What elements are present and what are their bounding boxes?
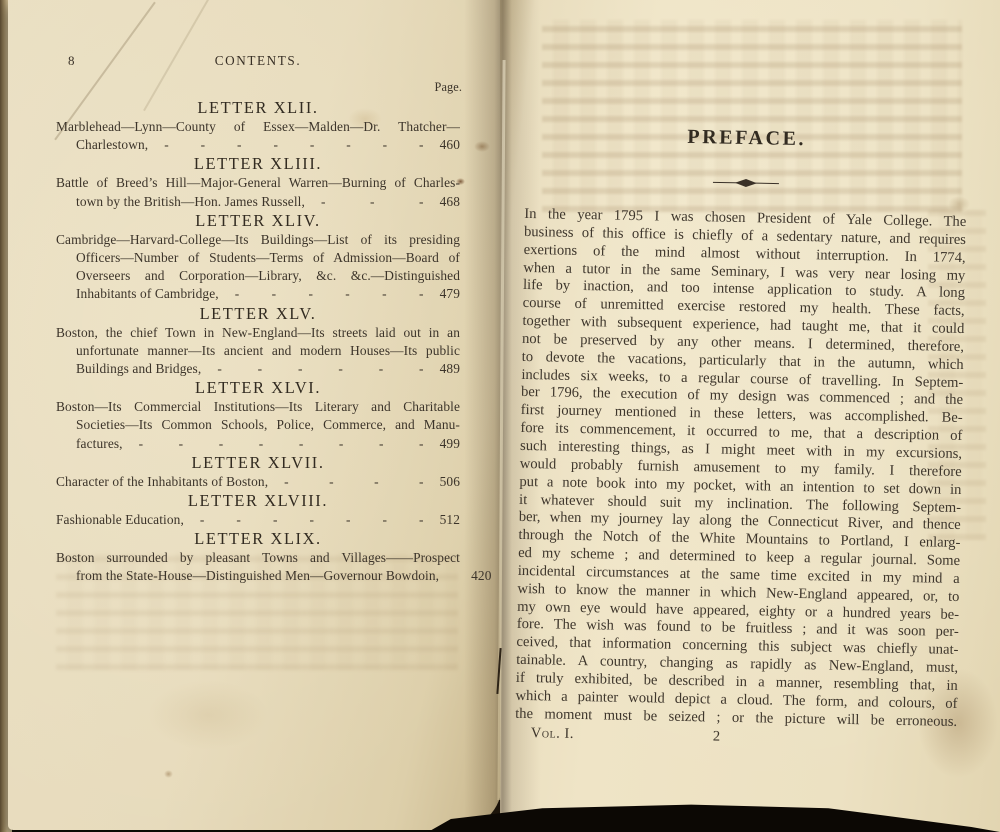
toc-line: Inhabitants of Cambridge, (76, 285, 219, 303)
toc-line: unfortunate manner—Its ancient and moder… (56, 342, 460, 360)
letter-heading: LETTER XLIII. (56, 154, 460, 174)
toc-entry-xlvii: LETTER XLVII. Character of the Inhabitan… (56, 453, 460, 491)
contents-block: 8 CONTENTS. Page. LETTER XLII. Marblehea… (56, 50, 460, 586)
letter-heading: LETTER XLII. (56, 98, 460, 118)
dash-leader: - - - - (268, 473, 439, 491)
page-number-value: 479 (440, 285, 460, 303)
dash-leader: - - - - - - (201, 360, 439, 378)
dash-leader: - - - - - - (219, 285, 440, 303)
page-number-value: 506 (440, 473, 460, 491)
letter-heading: LETTER XLV. (56, 304, 460, 324)
letter-heading: LETTER XLVI. (56, 378, 460, 398)
page-number-value: 420 (471, 567, 491, 585)
toc-last-line: from the State-House—Distinguished Men—G… (56, 567, 460, 585)
toc-last-line: factures, - - - - - - - - 499 (56, 435, 460, 453)
diamond-rule-icon (525, 172, 967, 192)
right-page: PREFACE. In the year 1795 I was chosen P… (500, 0, 1000, 832)
dash-leader: - - - (305, 193, 440, 211)
left-page: 8 CONTENTS. Page. LETTER XLII. Marblehea… (8, 0, 502, 830)
toc-line: Boston surrounded by pleasant Towns and … (56, 549, 460, 567)
toc-entry-xlvi: LETTER XLVI. Boston—Its Commercial Insti… (56, 378, 460, 453)
page-number-value: 468 (440, 193, 460, 211)
toc-line: factures, (76, 435, 123, 453)
stain (164, 770, 173, 778)
toc-last-line: town by the British—Hon. James Russell, … (56, 193, 460, 211)
dash-leader: - - - - - - - - (123, 435, 440, 453)
toc-entry-xlix: LETTER XLIX. Boston surrounded by pleasa… (56, 529, 460, 585)
page-number-value: 489 (440, 360, 460, 378)
toc-line: Boston, the chief Town in New-England—It… (56, 324, 460, 342)
toc-line: Officers—Number of Students—Terms of Adm… (56, 249, 460, 267)
book-scan: 8 CONTENTS. Page. LETTER XLII. Marblehea… (0, 0, 1000, 832)
toc-line: Boston—Its Commercial Institutions—Its L… (56, 398, 460, 416)
letter-heading: LETTER XLVII. (56, 453, 460, 473)
toc-line: Cambridge—Harvard-College—Its Buildings—… (56, 231, 460, 249)
toc-last-line: Inhabitants of Cambridge, - - - - - - 47… (56, 285, 460, 303)
toc-last-line: Character of the Inhabitants of Boston, … (56, 473, 460, 491)
page-column-label: Page. (56, 78, 462, 96)
toc-line: town by the British—Hon. James Russell, (76, 193, 305, 211)
toc-entry-xliv: LETTER XLIV. Cambridge—Harvard-College—I… (56, 211, 460, 304)
letter-heading: LETTER XLIX. (56, 529, 460, 549)
toc-line: Societies—Its Common Schools, Police, Co… (56, 416, 460, 434)
page-number-value: 460 (440, 136, 460, 154)
volume-label: Vol. I. (531, 726, 574, 744)
toc-line: Battle of Breed’s Hill—Major-General War… (56, 174, 460, 192)
toc-line: Marblehead—Lynn—County of Essex—Malden—D… (56, 118, 460, 136)
running-header: 8 CONTENTS. (56, 50, 460, 74)
toc-line: from the State-House—Distinguished Men—G… (76, 567, 439, 585)
toc-line: Buildings and Bridges, (76, 360, 201, 378)
dash-leader: - - - - - - - (184, 511, 440, 529)
page-title: PREFACE. (526, 122, 968, 154)
page-number-value: 512 (440, 511, 460, 529)
toc-line: Fashionable Education, (56, 511, 184, 529)
toc-line: Character of the Inhabitants of Boston, (56, 473, 268, 491)
toc-entry-xlviii: LETTER XLVIII. Fashionable Education, - … (56, 491, 460, 529)
preface-paragraph: In the year 1795 I was chosen President … (515, 206, 966, 731)
stain (474, 141, 490, 152)
signature-mark: 2 (713, 729, 721, 746)
letter-heading: LETTER XLVIII. (56, 491, 460, 511)
dash-leader: - - - - - - - - (148, 136, 439, 154)
page-number-value: 499 (440, 435, 460, 453)
letter-heading: LETTER XLIV. (56, 211, 460, 231)
preface-block: PREFACE. In the year 1795 I was chosen P… (515, 122, 968, 753)
toc-last-line: Charlestown, - - - - - - - - 460 (56, 136, 460, 154)
toc-entry-xliii: LETTER XLIII. Battle of Breed’s Hill—Maj… (56, 154, 460, 210)
toc-last-line: Fashionable Education, - - - - - - - 512 (56, 511, 460, 529)
toc-entry-xlv: LETTER XLV. Boston, the chief Town in Ne… (56, 304, 460, 379)
contents-header: CONTENTS. (56, 52, 460, 70)
toc-last-line: Buildings and Bridges, - - - - - - 489 (56, 360, 460, 378)
toc-entry-xlii: LETTER XLII. Marblehead—Lynn—County of E… (56, 98, 460, 154)
toc-line: Overseers and Corporation—Library, &c. &… (56, 267, 460, 285)
stain (148, 680, 268, 750)
toc-line: Charlestown, (76, 136, 148, 154)
